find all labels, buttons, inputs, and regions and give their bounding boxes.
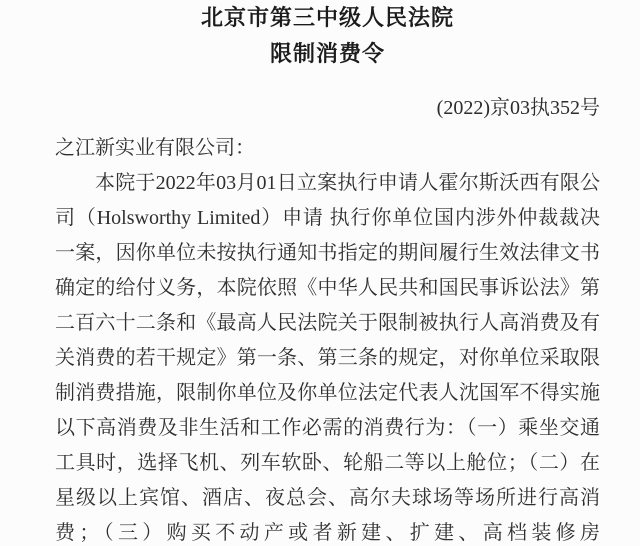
- body-line: 确定的给付义务，本院依照《中华人民共和国民事诉讼法》第: [55, 271, 600, 306]
- body-line: 星级以上宾馆、酒店、夜总会、高尔夫球场等场所进行高消: [55, 481, 600, 516]
- document-title: 限制消费令: [55, 40, 600, 67]
- body-line: 司（Holsworthy Limited）申请 执行你单位国内涉外仲裁裁决: [55, 201, 600, 236]
- body-line: 一案，因你单位未按执行通知书指定的期间履行生效法律文书: [55, 236, 600, 271]
- body-line: 关消费的若干规定》第一条、第三条的规定，对你单位采取限: [55, 341, 600, 376]
- body-line: 二百六十二条和《最高人民法院关于限制被执行人高消费及有: [55, 306, 600, 341]
- body-line: 工具时，选择飞机、列车软卧、轮船二等以上舱位；（二）在: [55, 446, 600, 481]
- document-body: 本院于2022年03月01日立案执行申请人霍尔斯沃西有限公司（Holsworth…: [55, 166, 600, 546]
- body-line: 本院于2022年03月01日立案执行申请人霍尔斯沃西有限公: [55, 166, 600, 201]
- body-line: 制消费措施，限制你单位及你单位法定代表人沈国军不得实施: [55, 376, 600, 411]
- body-line: 费；（三）购买不动产或者新建、扩建、高档装修房: [55, 516, 600, 546]
- document-page: 北京市第三中级人民法院 限制消费令 (2022)京03执352号 之江新实业有限…: [0, 0, 640, 546]
- case-number: (2022)京03执352号: [55, 95, 600, 121]
- body-line: 以下高消费及非生活和工作必需的消费行为：（一）乘坐交通: [55, 411, 600, 446]
- court-name: 北京市第三中级人民法院: [55, 4, 600, 31]
- addressee-line: 之江新实业有限公司：: [55, 131, 600, 166]
